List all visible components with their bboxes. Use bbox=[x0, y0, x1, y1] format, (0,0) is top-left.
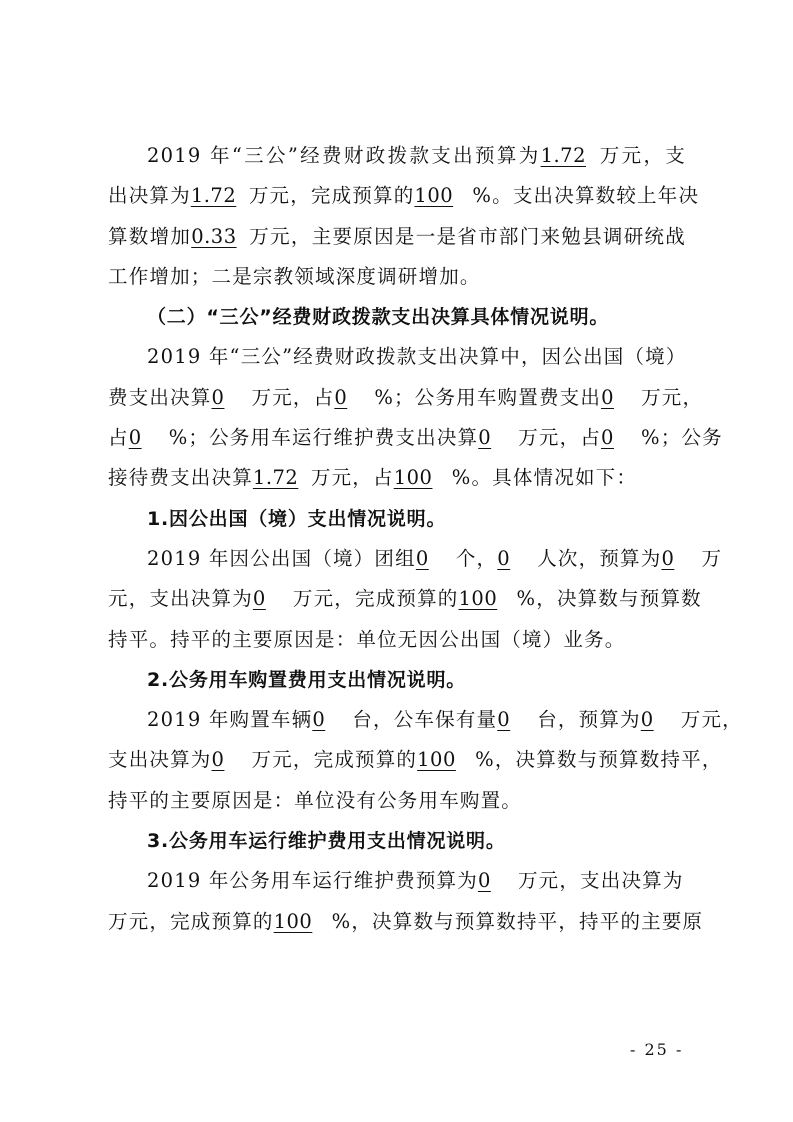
text: %，决算数与预算数 bbox=[517, 587, 702, 610]
heading-text: 2.公务用车购置费用支出情况说明。 bbox=[147, 669, 466, 691]
text: %；公务 bbox=[641, 426, 723, 449]
value: 0 bbox=[661, 539, 701, 579]
text: 2019 年因公出国（境）团组 bbox=[147, 547, 416, 570]
heading-text: 1.因公出国（境）支出情况说明。 bbox=[147, 508, 446, 530]
subsection-heading: 1.因公出国（境）支出情况说明。 bbox=[108, 499, 686, 539]
text: 2019 年“三公”经费财政拨款支出决算中，因公出国（境） bbox=[147, 345, 687, 368]
text: %。具体情况如下： bbox=[452, 466, 637, 489]
text: %，决算数与预算数持平， bbox=[475, 748, 722, 771]
value: 0 bbox=[497, 539, 537, 579]
text: %，决算数与预算数持平，持平的主要原 bbox=[332, 910, 704, 933]
value: 0 bbox=[253, 579, 293, 619]
text: 台，公车保有量 bbox=[352, 708, 497, 731]
text: 万元，支 bbox=[599, 144, 686, 167]
value: 100 bbox=[394, 458, 452, 498]
paragraph-line: 2019 年“三公”经费财政拨款支出预算为1.72万元，支 bbox=[108, 136, 686, 176]
value: 0 bbox=[334, 378, 374, 418]
text: 万元，支出决算为 bbox=[518, 869, 684, 892]
value: 100 bbox=[459, 579, 517, 619]
paragraph-line: 出决算为1.72万元，完成预算的100%。支出决算数较上年决 bbox=[108, 176, 686, 216]
value: 1.72 bbox=[253, 458, 311, 498]
text: 万 bbox=[701, 547, 722, 570]
paragraph-line: 占0%；公务用车运行维护费支出决算0万元，占0%；公务 bbox=[108, 418, 686, 458]
text: 万元，主要原因是一是省市部门来勉县调研统战 bbox=[249, 225, 686, 248]
value: 0 bbox=[641, 700, 681, 740]
subsection-heading: 2.公务用车购置费用支出情况说明。 bbox=[108, 660, 686, 700]
value: 0 bbox=[601, 378, 641, 418]
text: 万元，完成预算的 bbox=[108, 910, 274, 933]
final-value: 1.72 bbox=[191, 176, 249, 216]
value: 100 bbox=[274, 902, 332, 942]
value: 0 bbox=[497, 700, 537, 740]
text: 费支出决算 bbox=[108, 386, 212, 409]
text: 人次，预算为 bbox=[537, 547, 661, 570]
text: 万元，占 bbox=[518, 426, 601, 449]
value: 0 bbox=[129, 418, 169, 458]
heading-text: （二）“三公”经费财政拨款支出决算具体情况说明。 bbox=[147, 306, 609, 328]
text: 占 bbox=[108, 426, 129, 449]
paragraph-line: 支出决算为0万元，完成预算的100%，决算数与预算数持平， bbox=[108, 740, 686, 780]
text: 万元，占 bbox=[311, 466, 394, 489]
page-number: - 25 - bbox=[630, 1040, 683, 1059]
paragraph-line: 2019 年购置车辆0台，公车保有量0台，预算为0万元， bbox=[108, 700, 686, 740]
paragraph-line: 算数增加0.33万元，主要原因是一是省市部门来勉县调研统战 bbox=[108, 217, 686, 257]
text: 万元，完成预算的 bbox=[293, 587, 459, 610]
paragraph-line: 费支出决算0万元，占0%；公务用车购置费支出0万元， bbox=[108, 378, 686, 418]
text: %；公务用车运行维护费支出决算 bbox=[169, 426, 479, 449]
text: 持平。持平的主要原因是：单位无因公出国（境）业务。 bbox=[108, 628, 626, 651]
completion-percent: 100 bbox=[414, 176, 472, 216]
paragraph-line: 持平。持平的主要原因是：单位无因公出国（境）业务。 bbox=[108, 620, 686, 660]
value: 0 bbox=[601, 418, 641, 458]
section-heading: （二）“三公”经费财政拨款支出决算具体情况说明。 bbox=[108, 297, 686, 337]
value: 0 bbox=[212, 740, 252, 780]
text: 出决算为 bbox=[108, 184, 191, 207]
text: 万元， bbox=[681, 708, 743, 731]
value: 100 bbox=[417, 740, 475, 780]
text: 元，支出决算为 bbox=[108, 587, 253, 610]
paragraph-line: 万元，完成预算的100%，决算数与预算数持平，持平的主要原 bbox=[108, 902, 686, 942]
value: 0 bbox=[416, 539, 456, 579]
text: 算数增加 bbox=[108, 225, 191, 248]
heading-text: 3.公务用车运行维护费用支出情况说明。 bbox=[147, 830, 506, 852]
document-page: 2019 年“三公”经费财政拨款支出预算为1.72万元，支 出决算为1.72万元… bbox=[108, 136, 686, 942]
value: 0 bbox=[212, 378, 252, 418]
text: 万元，占 bbox=[252, 386, 335, 409]
text: 万元，完成预算的 bbox=[252, 748, 418, 771]
paragraph-line: 元，支出决算为0万元，完成预算的100%，决算数与预算数 bbox=[108, 579, 686, 619]
value: 0 bbox=[478, 418, 518, 458]
text: 2019 年购置车辆 bbox=[147, 708, 312, 731]
text: 支出决算为 bbox=[108, 748, 212, 771]
text: 万元， bbox=[641, 386, 703, 409]
paragraph-line: 工作增加；二是宗教领域深度调研增加。 bbox=[108, 257, 686, 297]
paragraph-line: 2019 年因公出国（境）团组0个，0人次，预算为0万 bbox=[108, 539, 686, 579]
text: 2019 年公务用车运行维护费预算为 bbox=[147, 869, 478, 892]
value: 0 bbox=[478, 861, 518, 901]
budget-value: 1.72 bbox=[541, 136, 599, 176]
text: 台，预算为 bbox=[537, 708, 641, 731]
text: 个， bbox=[456, 547, 497, 570]
increase-value: 0.33 bbox=[191, 217, 249, 257]
paragraph-line: 2019 年公务用车运行维护费预算为0万元，支出决算为 bbox=[108, 861, 686, 901]
text: %；公务用车购置费支出 bbox=[374, 386, 601, 409]
paragraph-line: 持平的主要原因是：单位没有公务用车购置。 bbox=[108, 781, 686, 821]
text: 2019 年“三公”经费财政拨款支出预算为 bbox=[147, 144, 541, 167]
text: 工作增加；二是宗教领域深度调研增加。 bbox=[108, 265, 481, 288]
text: 持平的主要原因是：单位没有公务用车购置。 bbox=[108, 789, 522, 812]
paragraph-line: 接待费支出决算1.72万元，占100%。具体情况如下： bbox=[108, 458, 686, 498]
value: 0 bbox=[312, 700, 352, 740]
text: %。支出决算数较上年决 bbox=[472, 184, 699, 207]
subsection-heading: 3.公务用车运行维护费用支出情况说明。 bbox=[108, 821, 686, 861]
paragraph-line: 2019 年“三公”经费财政拨款支出决算中，因公出国（境） bbox=[108, 337, 686, 377]
text: 万元，完成预算的 bbox=[249, 184, 415, 207]
text: 接待费支出决算 bbox=[108, 466, 253, 489]
